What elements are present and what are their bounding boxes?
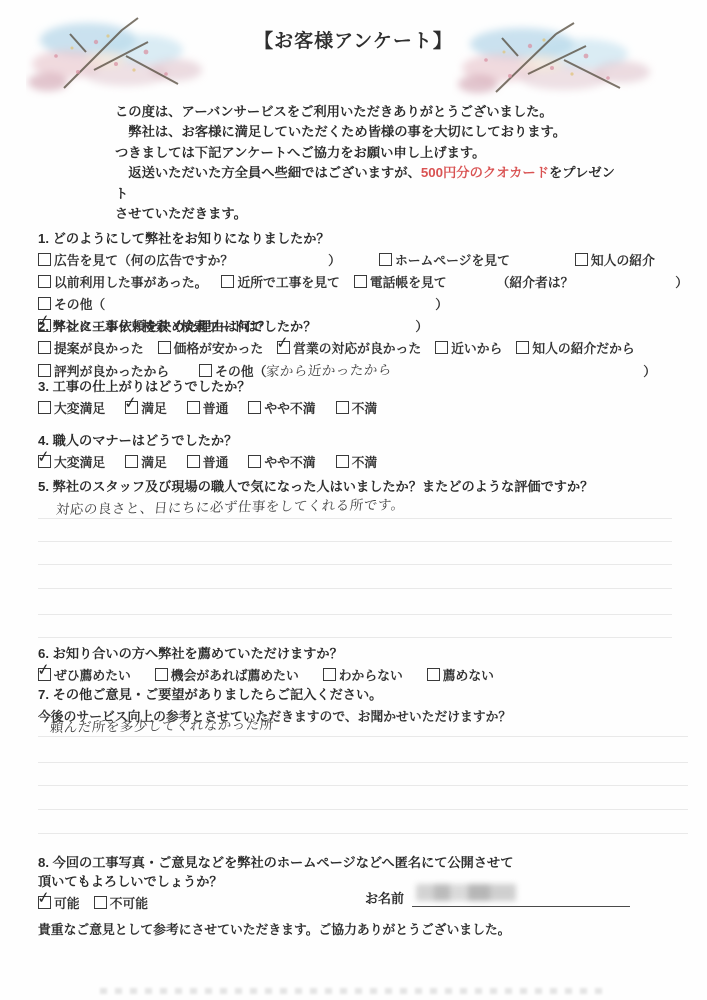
q4-option: 大変満足 <box>38 452 105 471</box>
question-3: 3. 工事の仕上がりはどうでしたか？ 大変満足 満足 普通 やや不満 不満 <box>38 376 688 417</box>
checkbox-icon <box>187 455 200 468</box>
checkbox-icon <box>277 341 290 354</box>
checkbox-icon <box>248 401 261 414</box>
q1-option-homepage: ホームページを見て <box>379 250 510 269</box>
ruled-line <box>38 518 672 519</box>
checkbox-icon <box>38 455 51 468</box>
question-4-title: 4. 職人のマナーはどうでしたか？ <box>38 430 688 449</box>
q3-option: 満足 <box>125 398 167 417</box>
ruled-line <box>38 614 672 615</box>
q2-option-near: 近いから <box>435 338 502 357</box>
intro-line: この度は、アーバンサービスをご利用いただきありがとうございました。 <box>115 102 615 122</box>
ruled-line <box>38 637 672 638</box>
checkbox-icon <box>199 364 212 377</box>
checkbox-icon <box>323 668 336 681</box>
q1-option-ad: 広告を見て（何の広告ですか？ <box>38 250 233 269</box>
question-6-title: 6. お知り合いの方へ弊社を薦めていただけますか？ <box>38 643 688 662</box>
checkbox-icon <box>38 364 51 377</box>
ruled-line <box>38 833 688 834</box>
question-2-title: 2. 弊社に工事依頼を決めた理由は何でしたか？ <box>38 316 688 335</box>
checkbox-icon <box>38 896 51 909</box>
q1-row-2: 以前利用した事があった。 近所で工事を見て 電話帳を見て （紹介者は？ ） <box>38 272 688 291</box>
q4-option: 不満 <box>336 452 378 471</box>
intro-line: させていただきます。 <box>115 204 615 224</box>
checkbox-icon <box>38 253 51 266</box>
paren-close: ） <box>328 250 341 269</box>
q3-option: 不満 <box>336 398 378 417</box>
question-1-title: 1. どのようにして弊社をお知りになりましたか？ <box>38 228 688 247</box>
ruled-line <box>38 762 688 763</box>
checkbox-icon <box>516 341 529 354</box>
name-entry-line <box>412 884 630 907</box>
ruled-line <box>38 785 688 786</box>
question-6: 6. お知り合いの方へ弊社を薦めていただけますか？ ぜひ薦めたい 機会があれば薦… <box>38 643 688 684</box>
ruled-line <box>38 588 672 589</box>
footer-thanks: 貴重なご意見として参考にさせていただきます。ご協力ありがとうございました。 <box>38 919 510 938</box>
checkbox-icon <box>336 455 349 468</box>
checkbox-icon <box>435 341 448 354</box>
cherry-blossom-art-right <box>452 18 657 103</box>
question-8-title-line1: 8. 今回の工事写真・ご意見などを弊社のホームページなどへ匿名にて公開させて <box>38 852 688 871</box>
paren-close: ） <box>675 272 688 291</box>
q2-option-sales: 営業の対応が良かった <box>277 338 421 357</box>
question-5-title: 5. 弊社のスタッフ及び現場の職人で気になった人はいましたか？またどのような評価… <box>38 476 688 495</box>
q2-option-price: 価格が安かった <box>158 338 264 357</box>
checkbox-icon <box>575 253 588 266</box>
q8-option-possible: 可能 <box>38 893 80 912</box>
q3-option: やや不満 <box>248 398 315 417</box>
question-5: 5. 弊社のスタッフ及び現場の職人で気になった人はいましたか？またどのような評価… <box>38 476 688 644</box>
intro-line: 返送いただいた方全員へ些細ではございますが、500円分のクオカードをプレゼント <box>115 163 615 204</box>
q3-option: 大変満足 <box>38 398 105 417</box>
scan-cutoff-artifact <box>100 988 610 994</box>
checkbox-icon <box>221 275 234 288</box>
checkbox-icon <box>125 401 138 414</box>
q6-option: ぜひ薦めたい <box>38 665 131 684</box>
checkbox-icon <box>158 341 171 354</box>
q7-handwritten-answer: 頼んだ所を多少してくれなかった所 <box>49 713 275 736</box>
q1-row-1: 広告を見て（何の広告ですか？ ） ホームページを見て 知人の紹介 <box>38 250 688 269</box>
question-8: 8. 今回の工事写真・ご意見などを弊社のホームページなどへ匿名にて公開させて 頂… <box>38 852 688 914</box>
q8-option-not-possible: 不可能 <box>94 893 148 912</box>
checkbox-icon <box>38 297 51 310</box>
q1-row-3: その他（ ） <box>38 294 688 313</box>
q2-option-referral: 知人の紹介だから <box>516 338 634 357</box>
q4-option: 普通 <box>187 452 229 471</box>
q6-option: 機会があれば薦めたい <box>155 665 299 684</box>
checkbox-icon <box>248 455 261 468</box>
header: 【お客様アンケート】 <box>0 12 707 104</box>
ruled-line <box>38 541 672 542</box>
q4-options: 大変満足 満足 普通 やや不満 不満 <box>38 452 688 471</box>
checkbox-icon <box>379 253 392 266</box>
checkbox-icon <box>155 668 168 681</box>
question-4: 4. 職人のマナーはどうでしたか？ 大変満足 満足 普通 やや不満 不満 <box>38 430 688 471</box>
q6-options: ぜひ薦めたい 機会があれば薦めたい わからない 薦めない <box>38 665 688 684</box>
q5-handwritten-answer: 対応の良さと、日にちに必ず仕事をしてくれる所です。 <box>55 493 406 518</box>
question-2: 2. 弊社に工事依頼を決めた理由は何でしたか？ 提案が良かった 価格が安かった … <box>38 316 688 380</box>
ruled-line <box>38 809 688 810</box>
checkbox-icon <box>38 668 51 681</box>
q1-option-referral: 知人の紹介 <box>575 250 655 269</box>
ruled-line <box>38 736 688 737</box>
checkbox-icon <box>38 401 51 414</box>
customer-name-redacted <box>416 884 516 901</box>
intro-line: 弊社は、お客様に満足していただくため皆様の事を大切にしております。 <box>115 122 615 142</box>
question-7-title: 7. その他ご意見・ご要望がありましたらご記入ください。 <box>38 684 688 703</box>
q1-option-phonebook: 電話帳を見て <box>354 272 447 291</box>
quo-card-highlight: 500円分のクオカード <box>421 165 549 180</box>
checkbox-icon <box>38 275 51 288</box>
checkbox-icon <box>94 896 107 909</box>
checkbox-icon <box>187 401 200 414</box>
checkbox-icon <box>354 275 367 288</box>
checkbox-icon <box>125 455 138 468</box>
intro-paragraph: この度は、アーバンサービスをご利用いただきありがとうございました。 弊社は、お客… <box>115 102 615 224</box>
q1-option-used-before: 以前利用した事があった。 <box>38 272 207 291</box>
q4-option: やや不満 <box>248 452 315 471</box>
q4-option: 満足 <box>125 452 167 471</box>
q6-option: 薦めない <box>427 665 494 684</box>
intro-line: つきましては下記アンケートへご協力をお願い申し上げます。 <box>115 143 615 163</box>
q1-referrer-label: （紹介者は？ <box>497 272 574 291</box>
q2-option-proposal: 提案が良かった <box>38 338 144 357</box>
checkbox-icon <box>427 668 440 681</box>
name-label: お名前 <box>365 888 404 907</box>
ruled-line <box>38 564 672 565</box>
name-field: お名前 <box>365 884 630 907</box>
question-7: 7. その他ご意見・ご要望がありましたらご記入ください。 今後のサービス向上の参… <box>38 684 688 844</box>
checkbox-icon <box>336 401 349 414</box>
checkbox-icon <box>38 341 51 354</box>
q6-option: わからない <box>323 665 403 684</box>
q3-options: 大変満足 満足 普通 やや不満 不満 <box>38 398 688 417</box>
q3-option: 普通 <box>187 398 229 417</box>
q1-option-nearby: 近所で工事を見て <box>221 272 339 291</box>
paren-close: ） <box>435 294 448 313</box>
survey-scan-page: 【お客様アンケート】 この度は、アーバンサービスをご利用いた <box>0 0 707 1000</box>
q2-row-1: 提案が良かった 価格が安かった 営業の対応が良かった 近いから 知人の紹介だから <box>38 338 688 357</box>
